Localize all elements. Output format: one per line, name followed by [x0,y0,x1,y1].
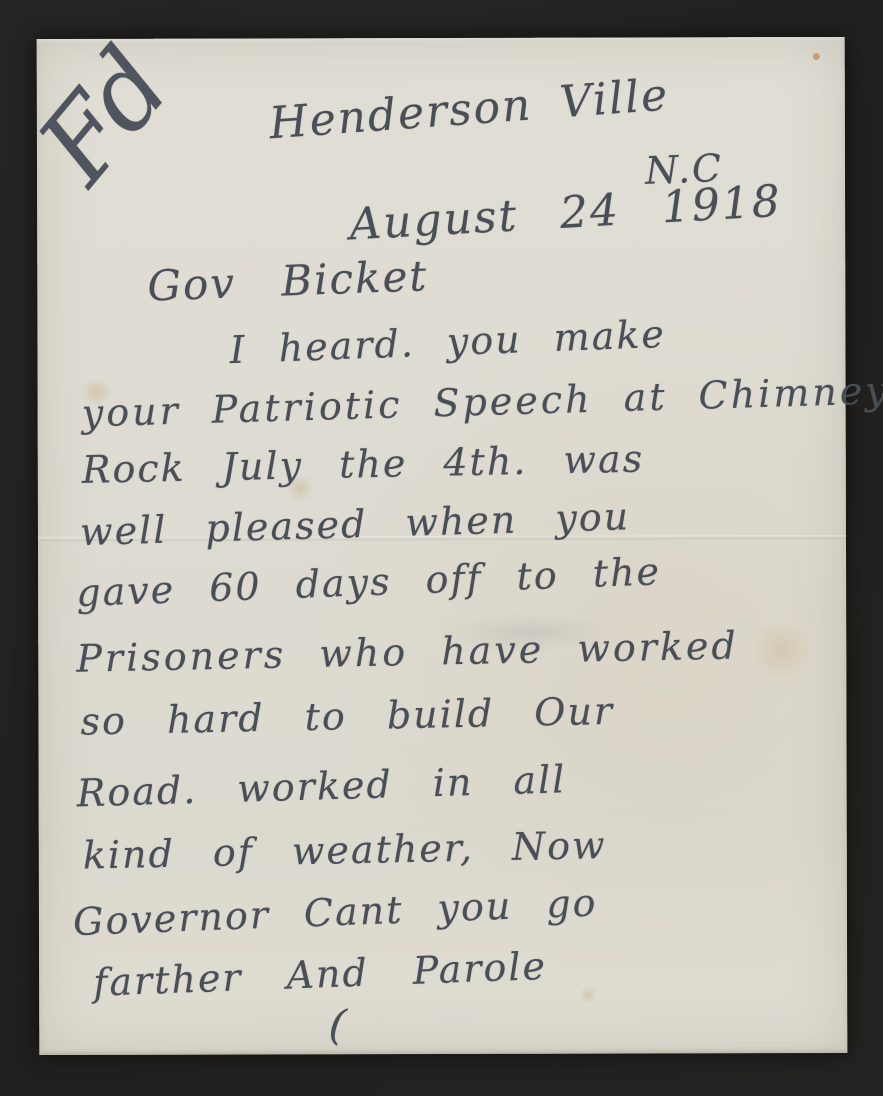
letter-line: so hard to build Our [80,689,614,744]
photo-background: Fd Henderson Ville N.C August 24 1918 Go… [0,0,883,1096]
letter-line: Prisoners who have worked [76,623,739,680]
letter-page: Fd Henderson Ville N.C August 24 1918 Go… [37,37,848,1055]
filing-mark: Fd [15,30,190,205]
letter-place-line: Henderson Ville [268,69,671,149]
letter-line: Road. worked in all [76,757,567,815]
partial-pen-stroke: ( [327,999,350,1050]
letter-salutation: Gov Bicket [146,251,429,311]
letter-line: farther And Parole [92,944,547,1005]
letter-line: gave 60 days off to the [75,549,661,615]
letter-line: I heard. you make [229,312,667,372]
letter-line: kind of weather, Now [82,823,607,878]
letter-date-line: August 24 1918 [348,176,783,251]
paper-stain [579,986,597,1004]
letter-line: Governor Cant you go [72,880,598,944]
letter-line: your Patriotic Speech at Chimney [81,368,883,435]
letter-line: well pleased when you [79,494,630,554]
paper-speck [813,53,820,60]
letter-body: I heard. you makeyour Patriotic Speech a… [37,37,845,39]
paper-stain [746,622,816,677]
letter-line: Rock July the 4th. was [81,437,644,492]
